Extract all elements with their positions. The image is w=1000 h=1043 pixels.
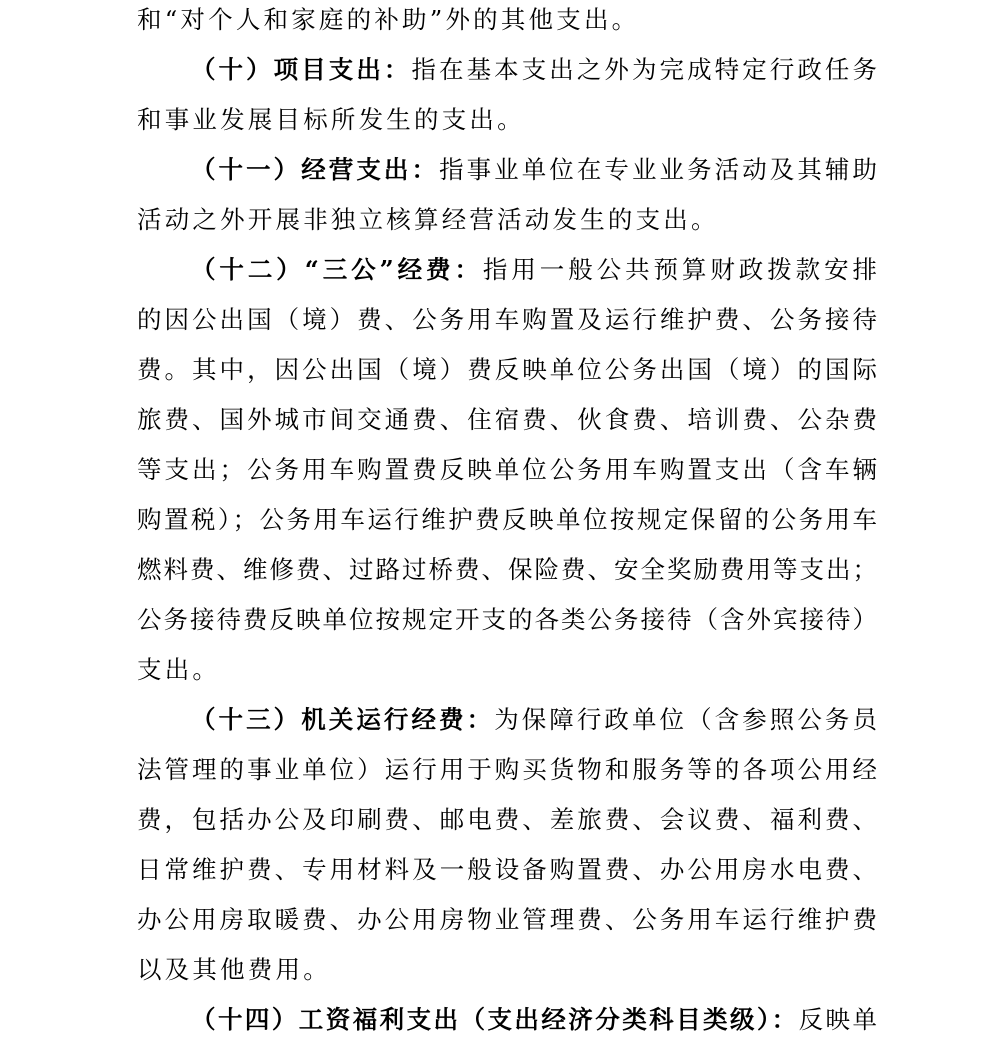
- text-line: 活动之外开展非独立核算经营活动发生的支出。: [137, 200, 719, 250]
- item-heading: （十四）工资福利支出（支出经济分类科目类级）：: [191, 1005, 799, 1034]
- item-text: 反映单: [799, 1005, 877, 1034]
- text-line: 费，包括办公及印刷费、邮电费、差旅费、会议费、福利费、: [137, 800, 877, 850]
- item-text: 指用一般公共预算财政拨款安排: [483, 255, 877, 284]
- item-heading: （十三）机关运行经费：: [191, 705, 494, 734]
- text-line: 公务接待费反映单位按规定开支的各类公务接待（含外宾接待）: [137, 600, 877, 650]
- paragraph-item-10: （十）项目支出：指在基本支出之外为完成特定行政任务: [191, 50, 877, 100]
- text-line: 以及其他费用。: [137, 950, 331, 1000]
- item-text: 指在基本支出之外为完成特定行政任务: [412, 55, 878, 84]
- item-heading: （十一）经营支出：: [191, 155, 439, 184]
- text-line: 燃料费、维修费、过路过桥费、保险费、安全奖励费用等支出；: [137, 550, 877, 600]
- text-line: 等支出；公务用车购置费反映单位公务用车购置支出（含车辆: [137, 450, 877, 500]
- item-text: 指事业单位在专业业务活动及其辅助: [439, 155, 877, 184]
- text-line: 旅费、国外城市间交通费、住宿费、伙食费、培训费、公杂费: [137, 400, 877, 450]
- paragraph-item-13: （十三）机关运行经费：为保障行政单位（含参照公务员: [191, 700, 877, 750]
- text-line: 办公用房取暖费、办公用房物业管理费、公务用车运行维护费: [137, 900, 877, 950]
- text-line: 日常维护费、专用材料及一般设备购置费、办公用房水电费、: [137, 850, 877, 900]
- paragraph-item-11: （十一）经营支出：指事业单位在专业业务活动及其辅助: [191, 150, 877, 200]
- text-line: 和事业发展目标所发生的支出。: [137, 100, 525, 150]
- text-line: 的因公出国（境）费、公务用车购置及运行维护费、公务接待: [137, 300, 877, 350]
- paragraph-item-12: （十二）“三公”经费：指用一般公共预算财政拨款安排: [191, 250, 877, 300]
- text-line: 费。其中，因公出国（境）费反映单位公务出国（境）的国际: [137, 350, 877, 400]
- text-line: 支出。: [137, 650, 220, 700]
- text-line: 法管理的事业单位）运行用于购买货物和服务等的各项公用经: [137, 750, 877, 800]
- paragraph-item-14: （十四）工资福利支出（支出经济分类科目类级）：反映单: [191, 1000, 877, 1043]
- item-heading: （十）项目支出：: [191, 55, 412, 84]
- item-heading: （十二）“三公”经费：: [191, 255, 483, 284]
- text-line: 购置税）；公务用车运行维护费反映单位按规定保留的公务用车: [137, 500, 877, 550]
- text-line: 和“对个人和家庭的补助”外的其他支出。: [137, 0, 639, 50]
- item-text: 为保障行政单位（含参照公务员: [494, 705, 877, 734]
